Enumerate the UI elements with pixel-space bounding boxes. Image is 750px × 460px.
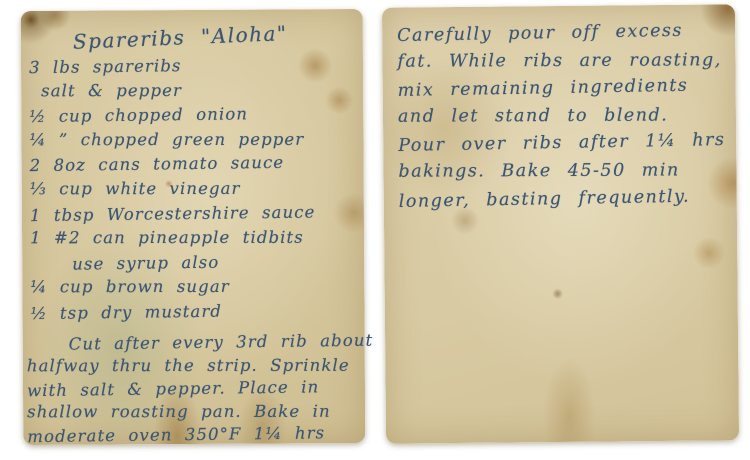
ingredient-line: ¼ ” chopped green pepper <box>29 127 363 152</box>
ingredient-line: ½ cup chopped onion <box>29 101 363 130</box>
ingredient-line: ½ tsp dry mustard <box>30 298 364 327</box>
continuation-line: bakings. Bake 45-50 min <box>398 157 726 186</box>
ingredient-line: salt & pepper <box>29 78 363 103</box>
continuation-line: Carefully pour off excess <box>397 17 725 51</box>
recipe-card-front: Spareribs "Aloha" 3 lbs spareribs salt &… <box>21 9 366 445</box>
instruction-line: shallow roasting pan. Bake in <box>27 399 365 423</box>
instruction-line: Cut after every 3rd rib about <box>27 328 365 355</box>
recipe-title: Spareribs "Aloha" <box>72 18 363 54</box>
continuation-line: and let stand to blend. <box>398 102 726 131</box>
ingredient-line: ⅓ cup white vinegar <box>30 177 364 202</box>
ingredient-line: use syrup also <box>30 249 364 278</box>
instruction-line: moderate oven 350°F 1¼ hrs <box>27 420 365 447</box>
instruction-line: with salt & pepper. Place in <box>27 374 365 401</box>
instructions: Cut after every 3rd rib about halfway th… <box>23 329 366 446</box>
recipe-card-back: Carefully pour off excess fat. While rib… <box>382 4 739 443</box>
ingredient-line: 1 #2 can pineapple tidbits <box>30 226 364 251</box>
continuation-line: longer, basting frequently. <box>399 183 727 217</box>
continuation-text: Carefully pour off excess fat. While rib… <box>382 4 737 215</box>
continuation-line: Pour over ribs after 1¼ hrs <box>398 127 726 161</box>
continuation-line: mix remaining ingredients <box>397 72 725 106</box>
ingredient-line: ¼ cup brown sugar <box>30 275 364 300</box>
instruction-line: halfway thru the strip. Sprinkle <box>27 353 365 377</box>
scanned-recipe-cards: Spareribs "Aloha" 3 lbs spareribs salt &… <box>0 0 750 460</box>
ingredient-list: 3 lbs spareribs salt & pepper ½ cup chop… <box>21 53 365 326</box>
ingredient-line: 2 8oz cans tomato sauce <box>29 150 363 179</box>
ingredient-line: 1 tbsp Worcestershire sauce <box>30 199 364 228</box>
ingredient-line: 3 lbs spareribs <box>29 52 363 81</box>
continuation-line: fat. While ribs are roasting, <box>397 47 725 76</box>
